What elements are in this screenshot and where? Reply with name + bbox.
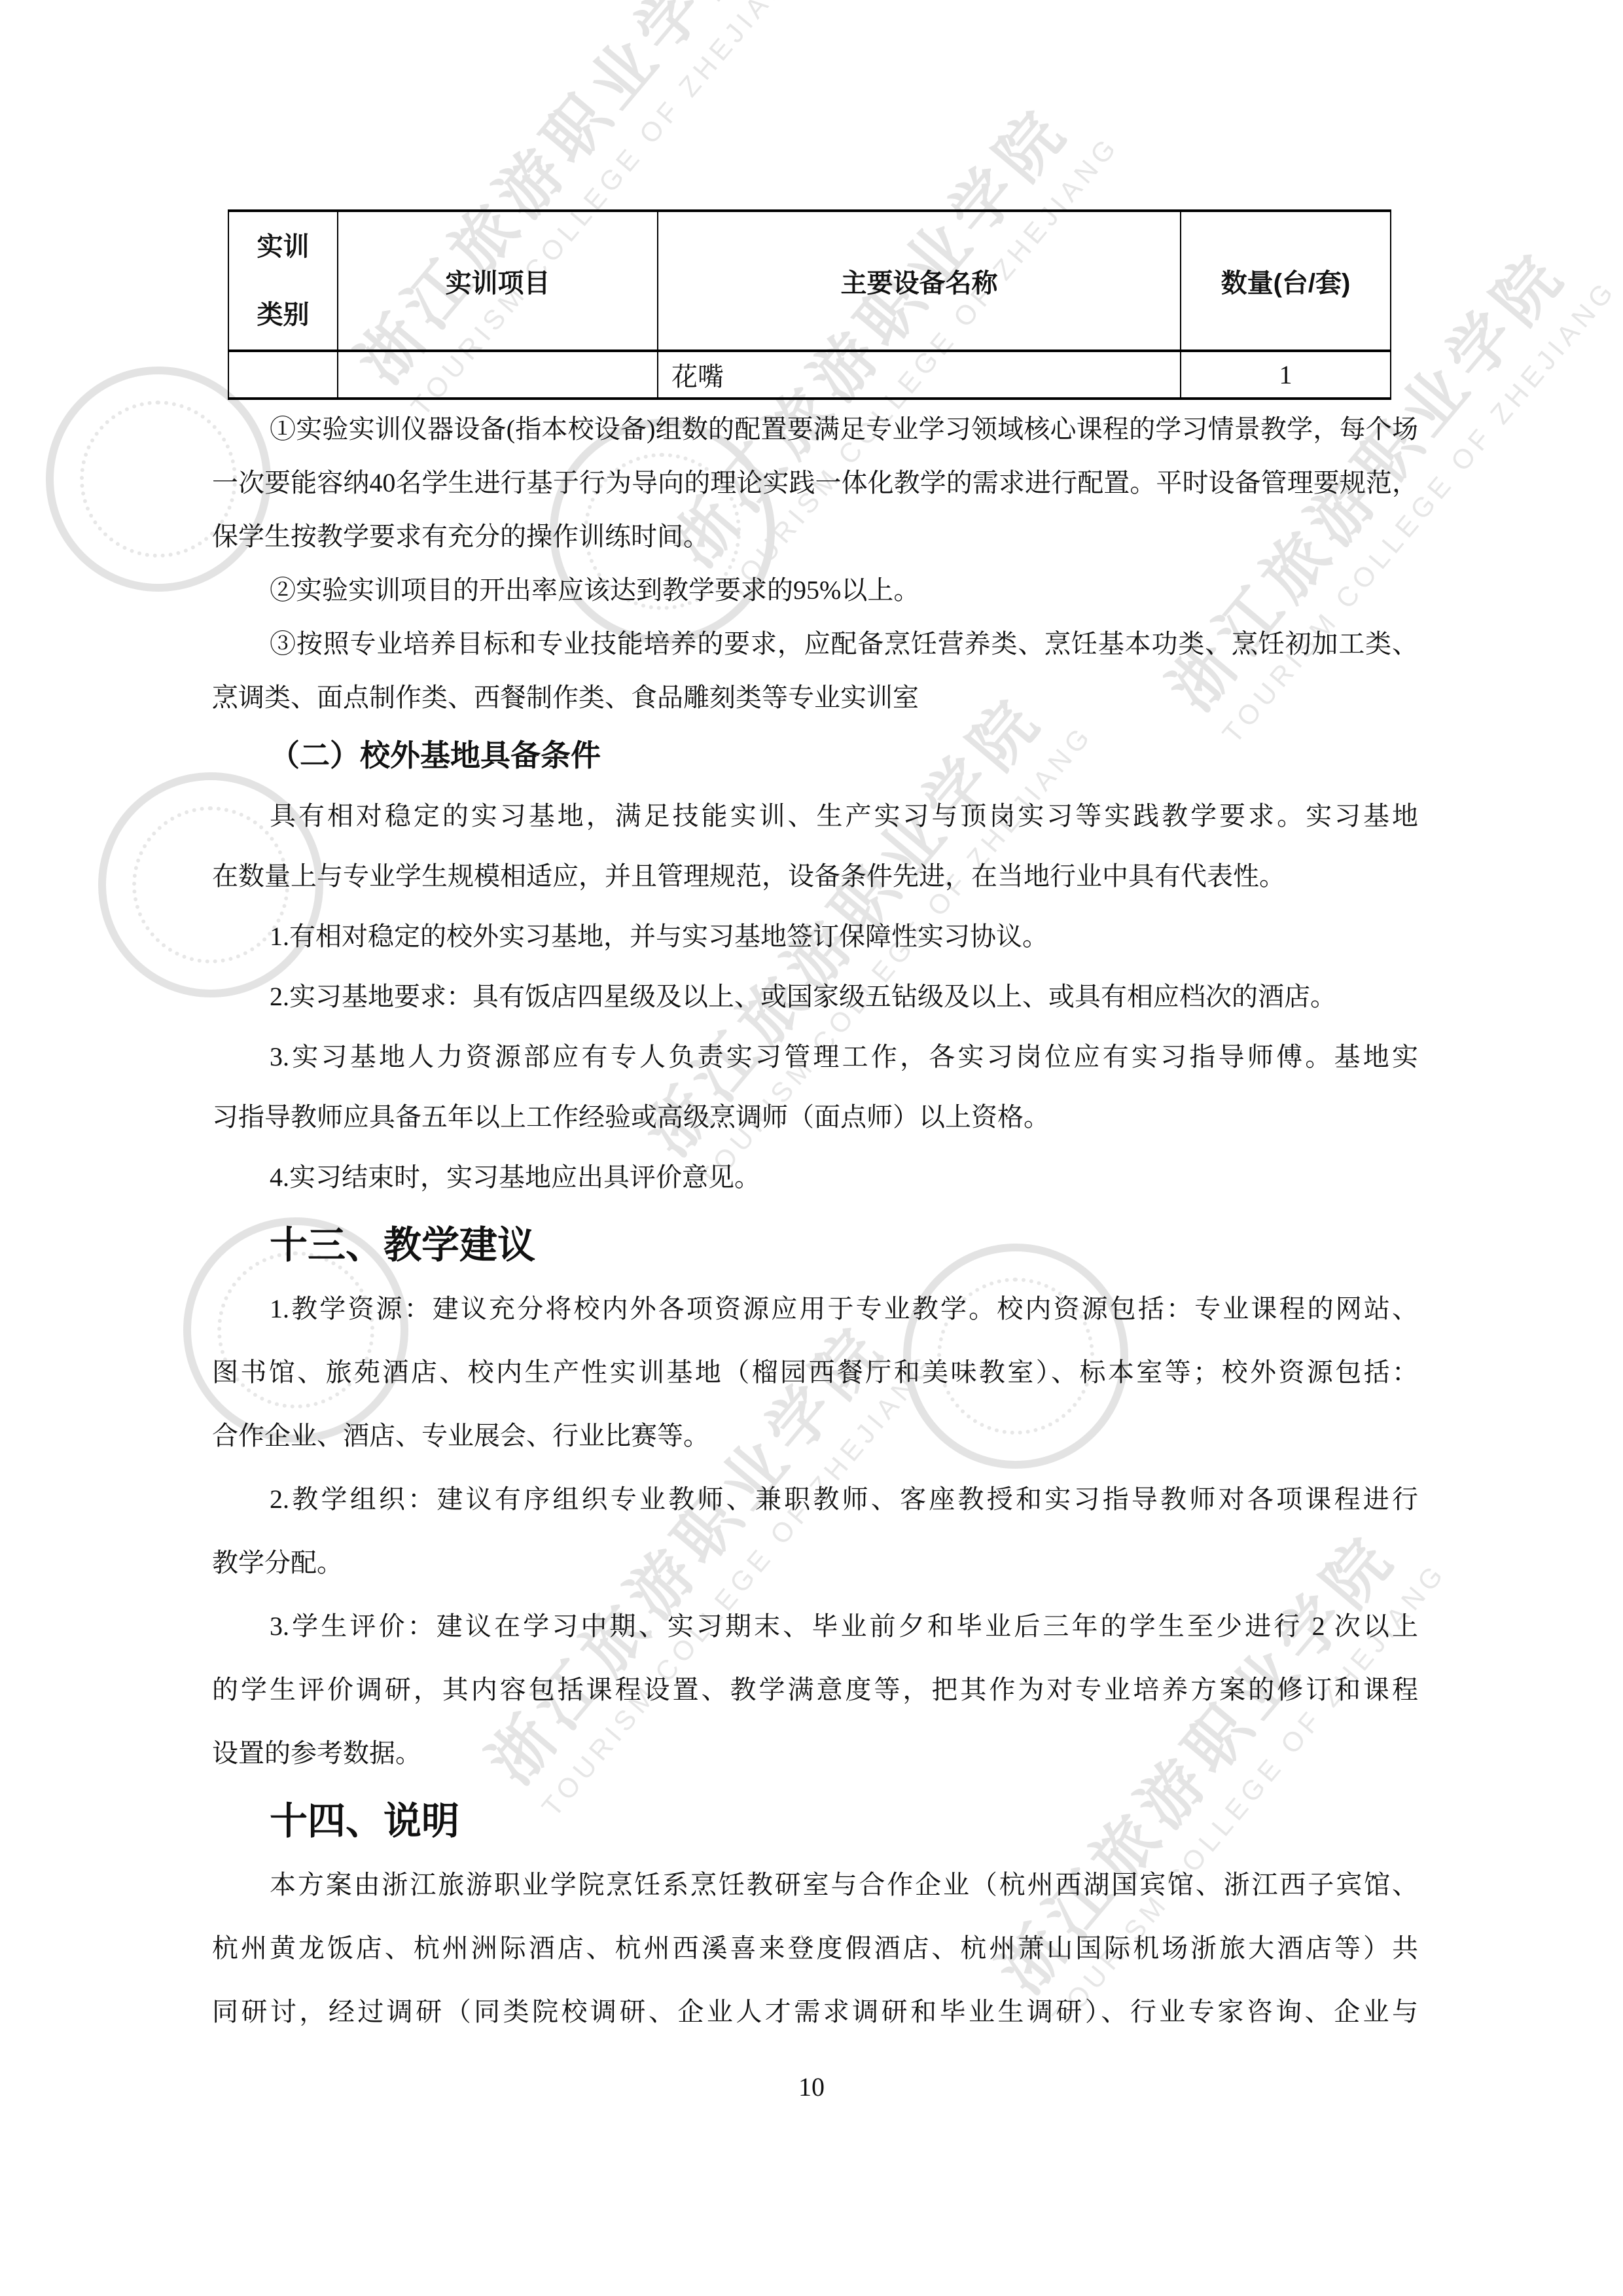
doc-line-note1-end: 保学生按教学要求有充分的操作训练时间。 [212,510,1418,564]
doc-line-evaluation-end: 设置的参考数据。 [212,1727,1418,1780]
header-training-category-line2: 类别 [230,281,336,349]
doc-line-organization-end: 教学分配。 [212,1536,1418,1590]
doc-line-note1-cont: 一次要能容纳40名学生进行基于行为导向的理论实践一体化教学的需求进行配置。平时设… [212,456,1418,510]
heading-offcampus-base: （二）校外基地具备条件 [212,728,1418,783]
doc-line-base-item1: 1.有相对稳定的校外实习基地，并与实习基地签订保障性实习协议。 [212,910,1418,963]
header-training-project: 实训项目 [338,211,658,351]
doc-line-evaluation: 3.学生评价：建议在学习中期、实习期末、毕业前夕和毕业后三年的学生至少进行 2 … [212,1600,1418,1653]
doc-line-notes-cont: 杭州黄龙饭店、杭州洲际酒店、杭州西溪喜来登度假酒店、杭州萧山国际机场浙旅大酒店等… [212,1922,1418,1975]
cell-quantity: 1 [1181,351,1391,399]
doc-line-base-item3-end: 习指导教师应具备五年以上工作经验或高级烹调师（面点师）以上资格。 [212,1090,1418,1144]
doc-line-notes-cont2: 同研讨，经过调研（同类院校调研、企业人才需求调研和毕业生调研）、行业专家咨询、企… [212,1985,1418,2039]
doc-line-evaluation-cont: 的学生评价调研，其内容包括课程设置、教学满意度等，把其作为对专业培养方案的修订和… [212,1663,1418,1717]
doc-line-note2: ②实验实训项目的开出率应该达到教学要求的95%以上。 [212,564,1418,617]
doc-line-resources: 1.教学资源：建议充分将校内外各项资源应用于专业教学。校内资源包括：专业课程的网… [212,1282,1418,1336]
heading-section-14-notes: 十四、说明 [212,1792,1476,1851]
doc-line-note3-end: 烹调类、面点制作类、西餐制作类、食品雕刻类等专业实训室 [212,671,1418,725]
table-header-row: 实训 类别 实训项目 主要设备名称 数量(台/套) [228,211,1391,351]
doc-line-notes: 本方案由浙江旅游职业学院烹饪系烹饪教研室与合作企业（杭州西湖国宾馆、浙江西子宾馆… [212,1858,1418,1912]
doc-line-base-item3: 3.实习基地人力资源部应有专人负责实习管理工作，各实习岗位应有实习指导师傅。基地… [212,1030,1418,1084]
doc-line-resources-cont: 图书馆、旅苑酒店、校内生产性实训基地（榴园西餐厅和美味教室）、标本室等；校外资源… [212,1346,1418,1399]
header-training-category: 实训 类别 [228,211,338,351]
cell-training-project [338,351,658,399]
doc-line-note1: ①实验实训仪器设备(指本校设备)组数的配置要满足专业学习领域核心课程的学习情景教… [212,403,1418,456]
doc-line-resources-end: 合作企业、酒店、专业展会、行业比赛等。 [212,1409,1418,1463]
cell-equipment-name: 花嘴 [658,351,1181,399]
page-number: 10 [0,2072,1623,2102]
doc-line-organization: 2.教学组织：建议有序组织专业教师、兼职教师、客座教授和实习指导教师对各项课程进… [212,1473,1418,1526]
cell-training-category [228,351,338,399]
document-page: 浙江旅游职业学院 TOURISM COLLEGE OF ZHEJIANG 浙江旅… [0,0,1623,2296]
heading-section-13-teaching-suggestions: 十三、教学建议 [212,1216,1476,1275]
doc-line-base-intro: 具有相对稳定的实习基地，满足技能实训、生产实习与顶岗实习等实践教学要求。实习基地 [212,789,1418,843]
header-main-equipment: 主要设备名称 [658,211,1181,351]
header-quantity: 数量(台/套) [1181,211,1391,351]
equipment-table: 实训 类别 实训项目 主要设备名称 数量(台/套) 花嘴 1 [228,209,1391,400]
doc-line-note3: ③按照专业培养目标和专业技能培养的要求，应配备烹饪营养类、烹饪基本功类、烹饪初加… [212,617,1418,671]
doc-line-base-item4: 4.实习结束时，实习基地应出具评价意见。 [212,1151,1418,1204]
doc-line-base-intro-end: 在数量上与专业学生规模相适应，并且管理规范，设备条件先进，在当地行业中具有代表性… [212,850,1418,903]
table-data-row: 花嘴 1 [228,351,1391,399]
doc-line-base-item2: 2.实习基地要求：具有饭店四星级及以上、或国家级五钻级及以上、或具有相应档次的酒… [212,970,1418,1024]
header-training-category-line1: 实训 [230,213,336,281]
